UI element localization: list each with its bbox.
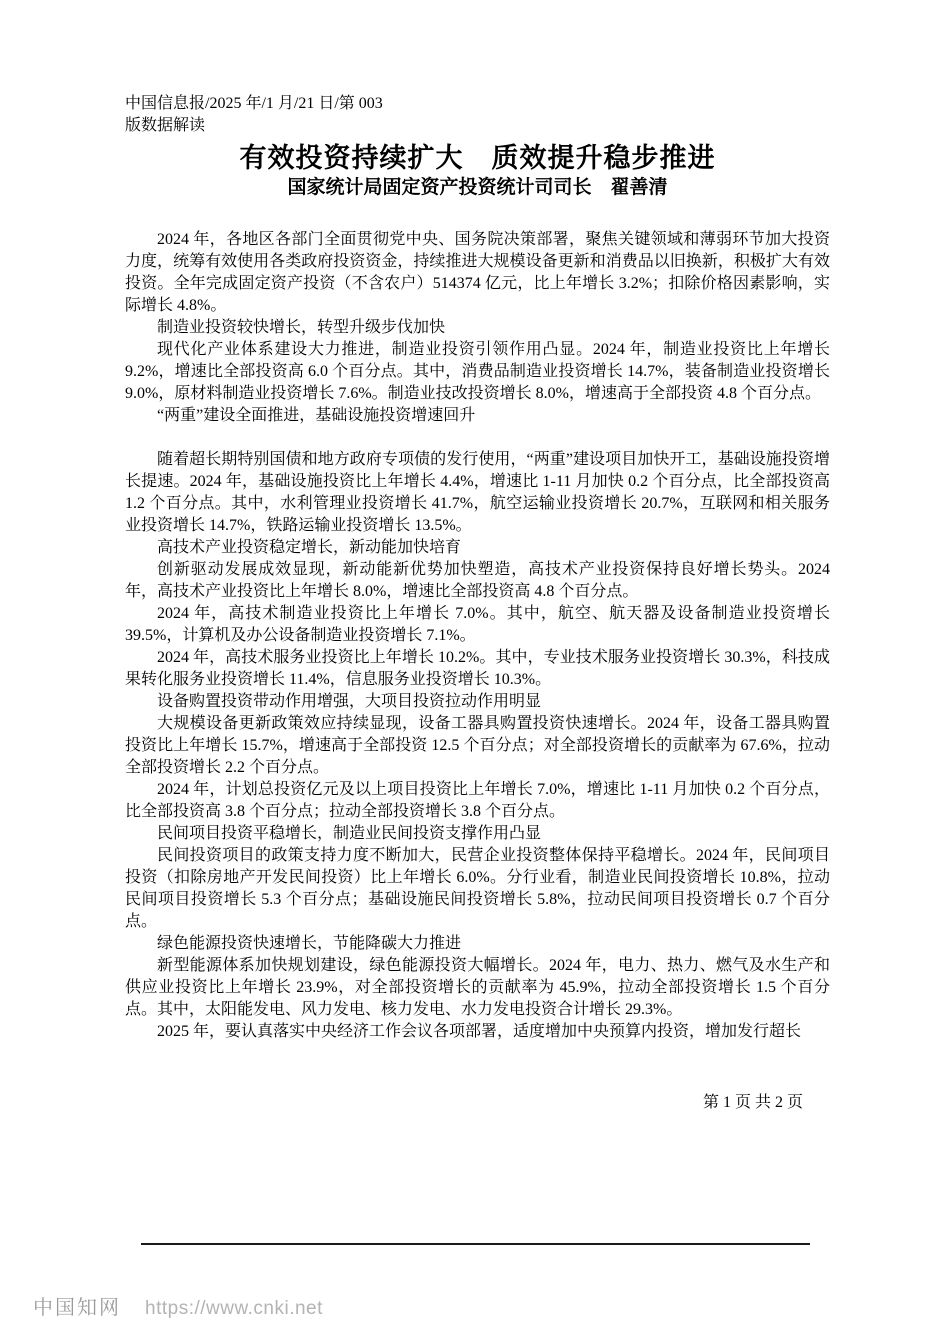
cnki-logo-text: 中国知网 xyxy=(33,1297,121,1319)
article-body: 2024 年，各地区各部门全面贯彻党中央、国务院决策部署，聚焦关键领域和薄弱环节… xyxy=(125,229,830,1043)
body-paragraph: 2024 年，高技术制造业投资比上年增长 7.0%。其中，航空、航天器及设备制造… xyxy=(125,603,830,647)
cnki-watermark: 中国知网https://www.cnki.net xyxy=(33,1291,323,1320)
footer-divider xyxy=(141,1243,810,1245)
body-paragraph: 2024 年，计划总投资亿元及以上项目投资比上年增长 7.0%，增速比 1-11… xyxy=(125,779,830,823)
body-paragraph: 2025 年，要认真落实中央经济工作会议各项部署，适度增加中央预算内投资，增加发… xyxy=(125,1021,830,1043)
body-paragraph: 随着超长期特别国债和地方政府专项债的发行使用，“两重”建设项目加快开工，基础设施… xyxy=(125,449,830,537)
source-line: 中国信息报/2025 年/1 月/21 日/第 003 xyxy=(125,93,830,115)
body-paragraph: 大规模设备更新政策效应持续显现，设备工器具购置投资快速增长。2024 年，设备工… xyxy=(125,713,830,779)
body-paragraph: 民间投资项目的政策支持力度不断加大，民营企业投资整体保持平稳增长。2024 年，… xyxy=(125,845,830,933)
body-paragraph: 2024 年，高技术服务业投资比上年增长 10.2%。其中，专业技术服务业投资增… xyxy=(125,647,830,691)
cnki-url: https://www.cnki.net xyxy=(145,1298,323,1319)
blank-line xyxy=(125,427,830,449)
section-heading: “两重”建设全面推进，基础设施投资增速回升 xyxy=(125,405,830,427)
body-paragraph: 创新驱动发展成效显现，新动能新优势加快塑造，高技术产业投资保持良好增长势头。20… xyxy=(125,559,830,603)
column-line: 版数据解读 xyxy=(125,115,830,137)
document-page: 中国信息报/2025 年/1 月/21 日/第 003 版数据解读 有效投资持续… xyxy=(0,0,950,1344)
section-heading: 民间项目投资平稳增长，制造业民间投资支撑作用凸显 xyxy=(125,823,830,845)
article-title: 有效投资持续扩大 质效提升稳步推进 xyxy=(125,142,830,174)
document-content: 中国信息报/2025 年/1 月/21 日/第 003 版数据解读 有效投资持续… xyxy=(125,93,830,1043)
section-heading: 绿色能源投资快速增长，节能降碳大力推进 xyxy=(125,933,830,955)
section-heading: 制造业投资较快增长，转型升级步伐加快 xyxy=(125,317,830,339)
body-paragraph: 新型能源体系加快规划建设，绿色能源投资大幅增长。2024 年，电力、热力、燃气及… xyxy=(125,955,830,1021)
body-paragraph: 2024 年，各地区各部门全面贯彻党中央、国务院决策部署，聚焦关键领域和薄弱环节… xyxy=(125,229,830,317)
page-indicator: 第 1 页 共 2 页 xyxy=(125,1092,803,1114)
article-byline: 国家统计局固定资产投资统计司司长 翟善清 xyxy=(125,176,830,200)
section-heading: 高技术产业投资稳定增长，新动能加快培育 xyxy=(125,537,830,559)
body-paragraph: 现代化产业体系建设大力推进，制造业投资引领作用凸显。2024 年，制造业投资比上… xyxy=(125,339,830,405)
section-heading: 设备购置投资带动作用增强，大项目投资拉动作用明显 xyxy=(125,691,830,713)
